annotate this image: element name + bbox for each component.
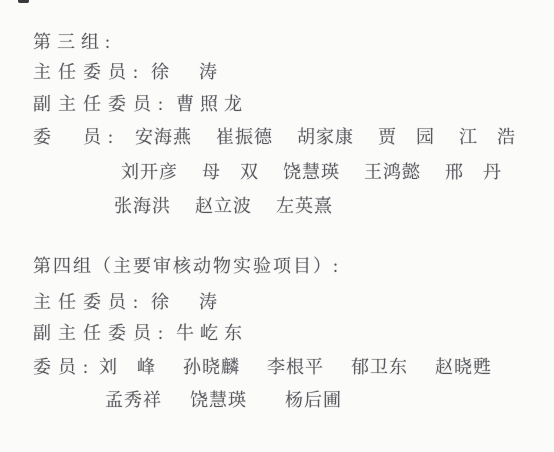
group4-members-row-2: 孟秀祥 饶慧瑛 杨后圃	[105, 390, 342, 411]
member-name: 贾 园	[378, 127, 435, 148]
group3-members-row-1: 委 员: 安海燕 崔振德 胡家康 贾 园 江 浩	[33, 127, 516, 148]
member-name: 刘 峰	[99, 357, 156, 378]
group3-heading: 第三组:	[33, 32, 116, 53]
member-name: 杨后圃	[285, 390, 342, 411]
group4-chair-name: 徐 涛	[151, 292, 223, 313]
member-name: 王鸿懿	[364, 162, 421, 183]
member-name: 赵立波	[195, 196, 252, 217]
scan-artifact-speck	[18, 0, 29, 3]
group3-members-row-3: 张海洪 赵立波 左英熹	[114, 196, 333, 217]
member-name: 饶慧瑛	[190, 390, 247, 411]
member-name: 刘开彦	[121, 162, 178, 183]
group3-members-names-2: 刘开彦 母 双 饶慧瑛 王鸿懿 邢 丹	[121, 162, 502, 183]
member-name: 左英熹	[276, 196, 333, 217]
group3-members-names-3: 张海洪 赵立波 左英熹	[114, 196, 333, 217]
member-name: 安海燕	[135, 127, 192, 148]
group4-heading: 第四组（主要审核动物实验项目）:	[33, 256, 340, 277]
group4-chair-label: 主任委员:	[33, 292, 145, 313]
group3-vice-chair-label: 副主任委员:	[33, 94, 170, 115]
member-name: 崔振德	[216, 127, 273, 148]
member-name: 邢 丹	[445, 162, 502, 183]
member-name: 郁卫东	[351, 357, 408, 378]
group3-chair-row: 主任委员: 徐 涛	[33, 62, 223, 83]
group3-vice-chair-row: 副主任委员: 曹照龙	[33, 94, 248, 115]
group3-chair-name: 徐 涛	[151, 62, 223, 83]
member-name: 李根平	[267, 357, 324, 378]
group4-vice-chair-row: 副主任委员: 牛屹东	[33, 323, 248, 344]
group4-members-names-2: 孟秀祥 饶慧瑛 杨后圃	[105, 390, 342, 411]
group4-members-label: 委员:	[33, 357, 95, 378]
group4-vice-chair-label: 副主任委员:	[33, 323, 170, 344]
group3-vice-chair-name: 曹照龙	[176, 94, 248, 115]
member-name: 胡家康	[297, 127, 354, 148]
group4-chair-row: 主任委员: 徐 涛	[33, 292, 223, 313]
scanned-document-page: 第三组: 主任委员: 徐 涛 副主任委员: 曹照龙 委 员: 安海燕 崔振德 胡…	[0, 0, 554, 452]
member-name: 饶慧瑛	[283, 162, 340, 183]
group3-members-row-2: 刘开彦 母 双 饶慧瑛 王鸿懿 邢 丹	[121, 162, 502, 183]
member-name: 江 浩	[459, 127, 516, 148]
group3-members-names-1: 安海燕 崔振德 胡家康 贾 园 江 浩	[135, 127, 516, 148]
member-name: 孟秀祥	[105, 390, 162, 411]
group4-members-names-1: 刘 峰 孙晓麟 李根平 郁卫东 赵晓甦	[99, 357, 492, 378]
member-name: 孙晓麟	[183, 357, 240, 378]
member-name: 赵晓甦	[435, 357, 492, 378]
member-name: 母 双	[202, 162, 259, 183]
group3-chair-label: 主任委员:	[33, 62, 145, 83]
group4-vice-chair-name: 牛屹东	[176, 323, 248, 344]
group4-members-row-1: 委员: 刘 峰 孙晓麟 李根平 郁卫东 赵晓甦	[33, 357, 492, 378]
group3-members-label: 委 员:	[33, 127, 120, 148]
member-name: 张海洪	[114, 196, 171, 217]
